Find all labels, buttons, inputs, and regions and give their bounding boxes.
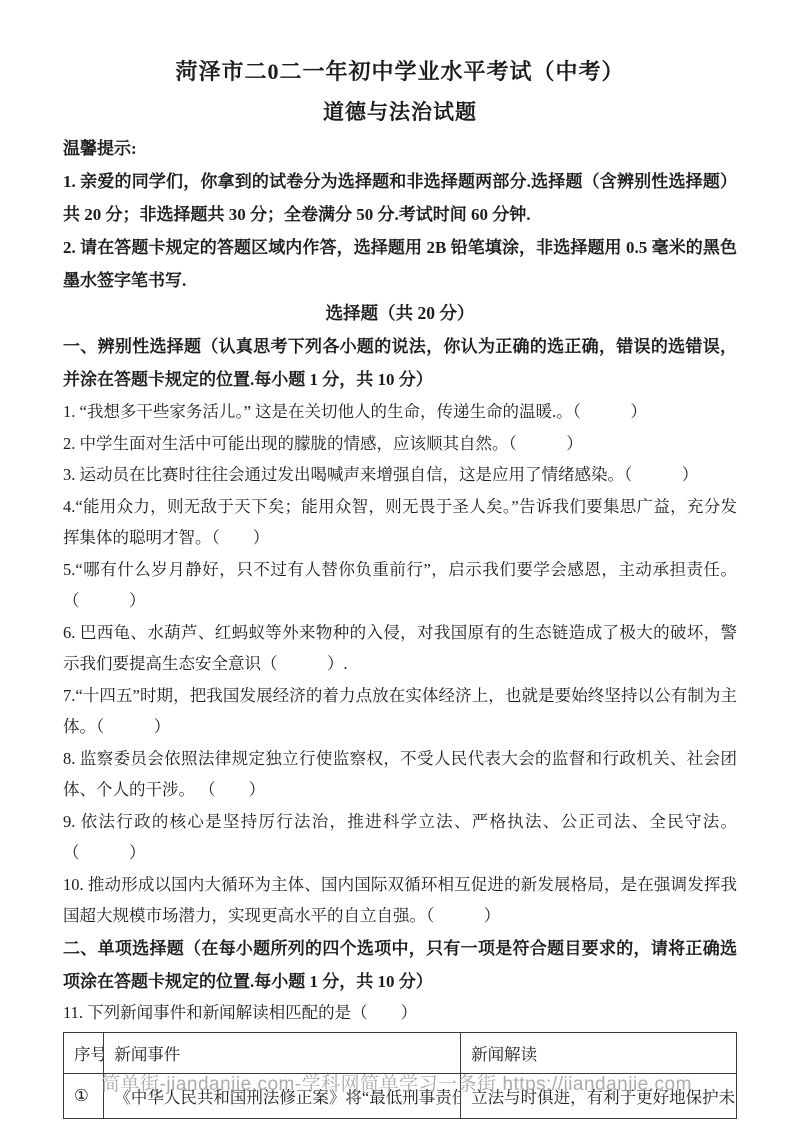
table-header-event: 新闻事件 [104, 1032, 461, 1073]
question-8: 8. 监察委员会依照法律规定独立行使监察权，不受人民代表大会的监督和行政机关、社… [63, 743, 737, 806]
exam-page: 菏泽市二0二一年初中学业水平考试（中考） 道德与法治试题 温馨提示: 1. 亲爱… [0, 0, 793, 1119]
exam-subtitle: 道德与法治试题 [63, 98, 737, 126]
watermark-footer: 简单街-jiandanjie.com-学科网简单学习一条街 https://ji… [0, 1069, 793, 1096]
notice-label: 温馨提示: [63, 132, 737, 165]
notice-item-1: 1. 亲爱的同学们，你拿到的试卷分为选择题和非选择题两部分.选择题（含辨别性选择… [63, 165, 737, 231]
table-header-serial: 序号 [64, 1032, 104, 1073]
part2-heading: 二、单项选择题（在每小题所列的四个选项中，只有一项是符合题目要求的，请将正确选项… [63, 932, 737, 998]
exam-title: 菏泽市二0二一年初中学业水平考试（中考） [63, 58, 737, 86]
section-heading-choice: 选择题（共 20 分） [63, 297, 737, 330]
question-11: 11. 下列新闻事件和新闻解读相匹配的是（ ） [63, 998, 737, 1028]
question-9: 9. 依法行政的核心是坚持厉行法治，推进科学立法、严格执法、公正司法、全民守法。… [63, 806, 737, 869]
notice-item-2: 2. 请在答题卡规定的答题区域内作答，选择题用 2B 铅笔填涂，非选择题用 0.… [63, 231, 737, 297]
question-10: 10. 推动形成以国内大循环为主体、国内国际双循环相互促进的新发展格局，是在强调… [63, 869, 737, 932]
question-3: 3. 运动员在比赛时往往会通过发出喝喊声来增强自信，这是应用了情绪感染。（ ） [63, 459, 737, 491]
question-1: 1. “我想多干些家务活儿。” 这是在关切他人的生命，传递生命的温暖.。（ ） [63, 396, 737, 428]
question-5: 5.“哪有什么岁月静好，只不过有人替你负重前行”，启示我们要学会感恩，主动承担责… [63, 554, 737, 617]
question-4: 4.“能用众力，则无敌于天下矣；能用众智，则无畏于圣人矣。”告诉我们要集思广益，… [63, 491, 737, 554]
part1-heading: 一、辨别性选择题（认真思考下列各小题的说法，你认为正确的选正确，错误的选错误，并… [63, 330, 737, 396]
question-7: 7.“十四五”时期，把我国发展经济的着力点放在实体经济上，也就是要始终坚持以公有… [63, 680, 737, 743]
question-6: 6. 巴西龟、水葫芦、红蚂蚁等外来物种的入侵，对我国原有的生态链造成了极大的破坏… [63, 617, 737, 680]
table-header-row: 序号 新闻事件 新闻解读 [64, 1032, 737, 1073]
table-header-reading: 新闻解读 [461, 1032, 737, 1073]
question-2: 2. 中学生面对生活中可能出现的朦胧的情感，应该顺其自然。（ ） [63, 428, 737, 460]
